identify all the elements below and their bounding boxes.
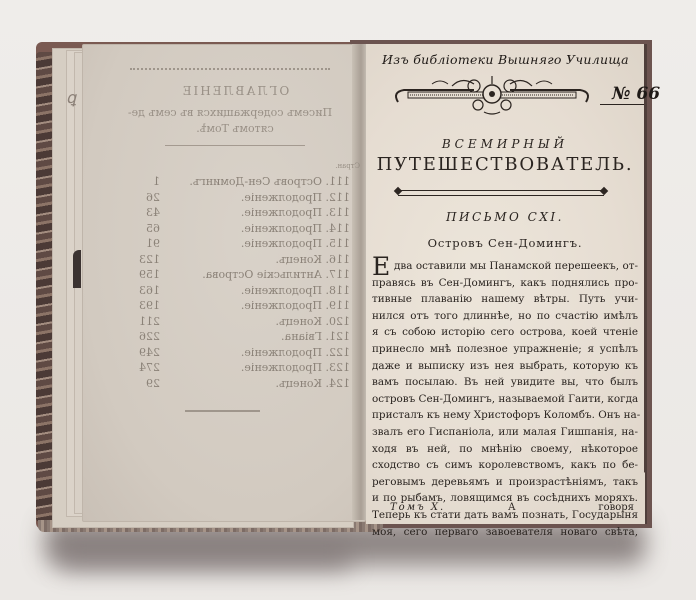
library-number-underline <box>600 104 644 105</box>
library-number: № 66 <box>612 84 660 104</box>
toc-entry: 116. Конецъ.123 <box>100 253 360 269</box>
toc-entry: 119. Продолженіе.193 <box>100 299 360 315</box>
signature-mark: А <box>508 502 516 513</box>
toc-entry: 123. Продолженіе.274 <box>100 361 360 377</box>
body-line: правясь въ Сен-Домингъ, какъ поднялись п… <box>372 275 638 292</box>
toc-rule <box>165 145 305 146</box>
body-line: присталъ къ нему Христофоръ Коломбъ. Онъ… <box>372 407 638 424</box>
toc-list: 111. Островъ Сен-Домингъ.1 112. Продолже… <box>100 175 360 392</box>
page-notch <box>73 250 81 288</box>
body-text: два оставили мы Панамской перешеекъ, от-… <box>372 258 638 540</box>
toc-entry: 114. Продолженіе.65 <box>100 222 360 238</box>
pencil-mark: ꝗ <box>66 88 76 107</box>
catchword: говоря <box>598 502 634 513</box>
toc-page-header: Стран. <box>320 162 360 170</box>
toc-entry: 115. Продолженіе.91 <box>100 237 360 253</box>
letter-heading: ПИСЬМО CXI. <box>372 210 638 224</box>
toc-subtitle: Писемъ содержащихся въ семъ де- <box>110 106 350 119</box>
toc-subtitle: сятомъ Томѣ. <box>150 122 320 135</box>
toc-title: ОГЛАВЛЕНІЕ <box>150 84 320 98</box>
toc-entry: 120. Конецъ.211 <box>100 315 360 331</box>
toc-ornament-bleed <box>130 58 330 70</box>
toc-end-rule <box>185 410 260 412</box>
body-line: звалъ его Гиспаніола, или малая Гишпанія… <box>372 424 638 441</box>
chapter-heading: Островъ Сен-Домингъ. <box>372 236 638 250</box>
body-line: вамъ посылаю. Въ ней увидите вы, что был… <box>372 374 638 391</box>
toc-entry: 122. Продолженіе.249 <box>100 346 360 362</box>
body-line: ходя въ ней, по мнѣнію своему, нѣкоторое <box>372 441 638 458</box>
toc-entry: 124. Конецъ.29 <box>100 377 360 393</box>
body-line: даже и выписку изъ нея выбрать, которую … <box>372 358 638 375</box>
body-line: я съ собою исторію сего острова, коей чт… <box>372 324 638 341</box>
library-stamp-handwritten: Изъ библіотеки Вышняго Училища <box>382 52 648 67</box>
toc-entry: 118. Продолженіе.163 <box>100 284 360 300</box>
toc-entry: 112. Продолженіе.26 <box>100 191 360 207</box>
body-line: островъ Сен-Домингъ, называемой Гаити, к… <box>372 391 638 408</box>
body-line: принесло мнѣ полезное упражненіе; я успѣ… <box>372 341 638 358</box>
body-line: моя, сего перваго завоевателя новаго свѣ… <box>372 524 638 541</box>
body-line: нился отъ того длиннѣе, но по счастію им… <box>372 308 638 325</box>
toc-entry: 113. Продолженіе.43 <box>100 206 360 222</box>
book-shadow-lower <box>60 545 350 570</box>
toc-entry: 121. Гвіана.226 <box>100 330 360 346</box>
body-line: тивные плаванію нашему вѣтры. Путь учи- <box>372 291 638 308</box>
floral-ornament-icon <box>392 72 592 116</box>
book-title: ПУТЕШЕСТВОВАТЕЛЬ. <box>372 154 638 175</box>
title-rule-ornament <box>398 190 604 196</box>
body-line: сходство съ симъ королевствомъ, какъ по … <box>372 457 638 474</box>
series-pre-title: ВСЕМИРНЫЙ <box>372 137 638 151</box>
toc-entry: 117. Антильскіе Острова.159 <box>100 268 360 284</box>
body-line: два оставили мы Панамской перешеекъ, от- <box>372 258 638 275</box>
volume-label: Томъ X. <box>390 502 445 513</box>
toc-entry: 111. Островъ Сен-Домингъ.1 <box>100 175 360 191</box>
floral-headpiece-ornament <box>392 72 592 116</box>
body-line: реговымъ деревьямъ и произрастѣніямъ, та… <box>372 474 638 491</box>
